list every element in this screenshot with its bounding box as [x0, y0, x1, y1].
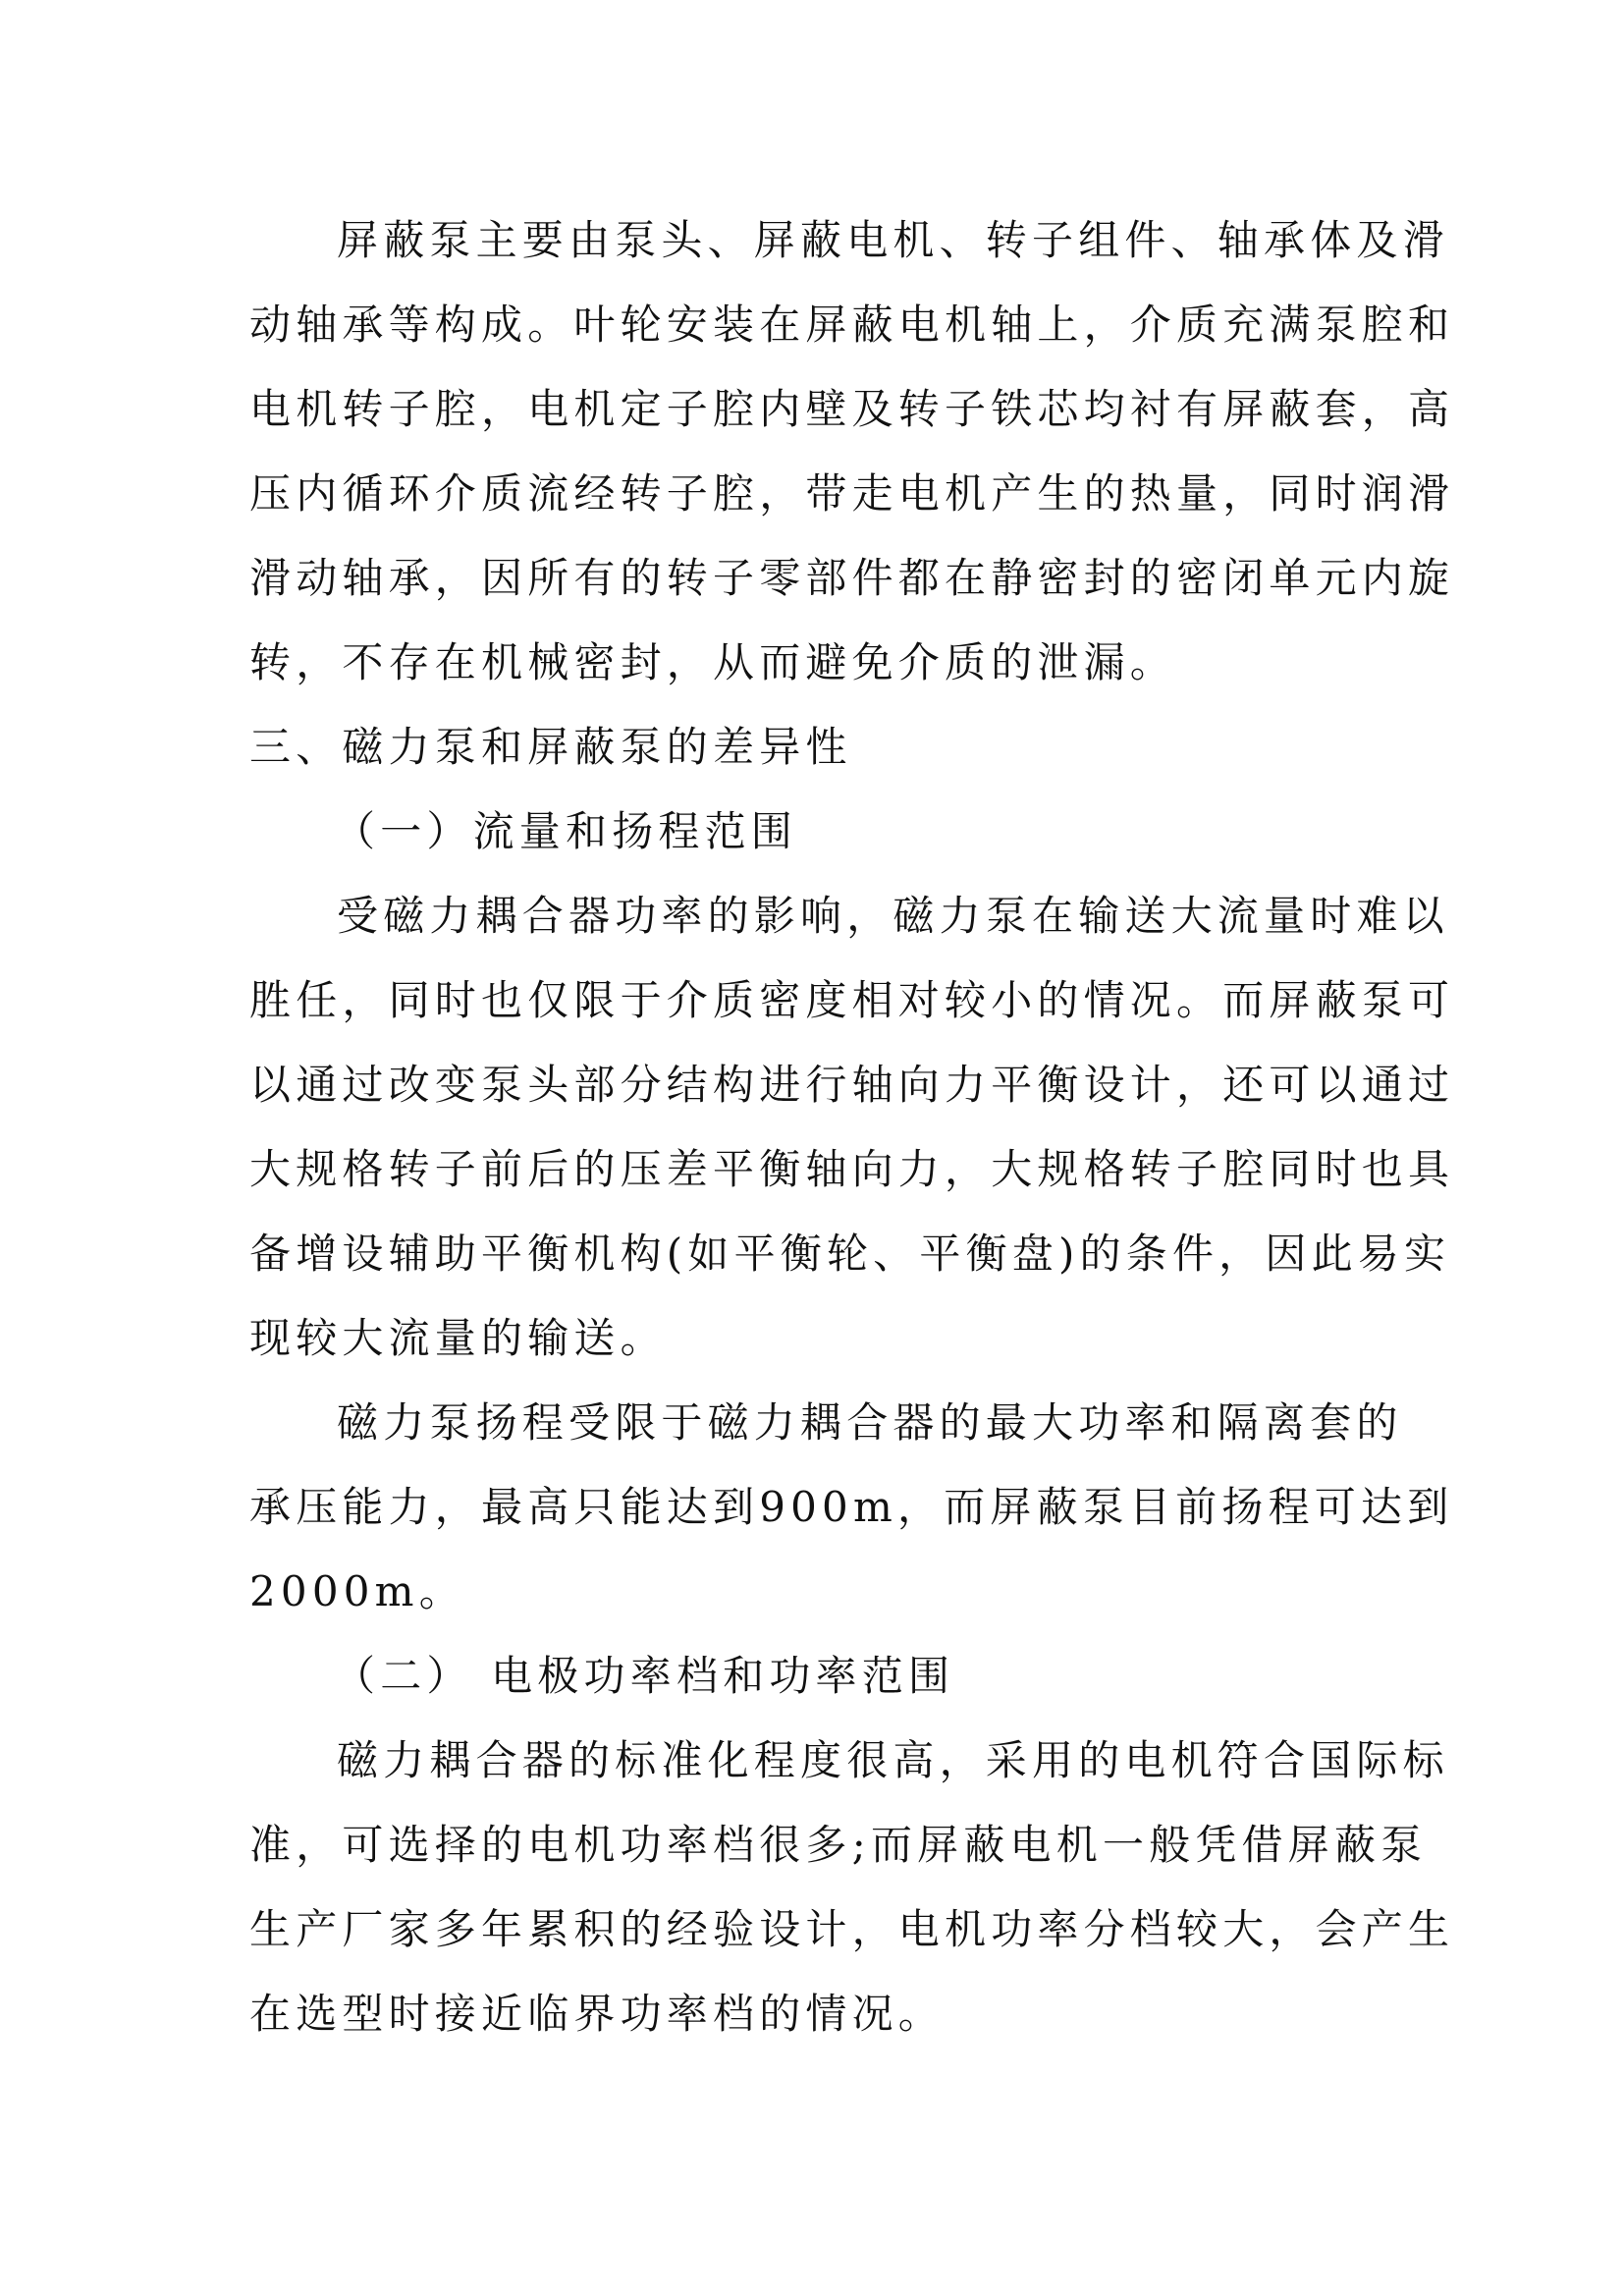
- paragraph-2-line-6: 现较大流量的输送。: [249, 1314, 667, 1363]
- paragraph-4-line-4: 在选型时接近临界功率档的情况。: [249, 1990, 945, 2039]
- subsection-1-heading: （一）流量和扬程范围: [334, 807, 797, 856]
- paragraph-3-line-3: 2000m。: [249, 1567, 465, 1616]
- paragraph-4-line-1: 磁力耦合器的标准化程度很高，采用的电机符合国际标: [337, 1736, 1449, 1785]
- document-page: 屏蔽泵主要由泵头、屏蔽电机、转子组件、轴承体及滑 动轴承等构成。叶轮安装在屏蔽电…: [0, 0, 1623, 2296]
- paragraph-1-line-4: 压内循环介质流经转子腔，带走电机产生的热量，同时润滑: [249, 469, 1454, 519]
- paragraph-3-line-1: 磁力泵扬程受限于磁力耦合器的最大功率和隔离套的: [337, 1398, 1403, 1448]
- paragraph-3-line-2: 承压能力，最高只能达到900m，而屏蔽泵目前扬程可达到: [249, 1483, 1453, 1532]
- section-3-heading: 三、磁力泵和屏蔽泵的差异性: [249, 723, 852, 772]
- paragraph-4-line-2: 准，可选择的电机功率档很多;而屏蔽电机一般凭借屏蔽泵: [249, 1821, 1427, 1870]
- paragraph-2-line-1: 受磁力耦合器功率的影响，磁力泵在输送大流量时难以: [337, 892, 1449, 941]
- paragraph-1-line-2: 动轴承等构成。叶轮安装在屏蔽电机轴上，介质充满泵腔和: [249, 301, 1454, 350]
- paragraph-2-line-3: 以通过改变泵头部分结构进行轴向力平衡设计，还可以通过: [249, 1061, 1454, 1110]
- paragraph-2-line-5: 备增设辅助平衡机构(如平衡轮、平衡盘)的条件，因此易实: [249, 1230, 1450, 1279]
- subsection-2-heading: （二） 电极功率档和功率范围: [334, 1652, 954, 1701]
- paragraph-1-line-6: 转，不存在机械密封，从而避免介质的泄漏。: [249, 638, 1176, 687]
- paragraph-4-line-3: 生产厂家多年累积的经验设计，电机功率分档较大，会产生: [249, 1905, 1454, 1954]
- paragraph-1-line-3: 电机转子腔，电机定子腔内壁及转子铁芯均衬有屏蔽套，高: [249, 385, 1454, 434]
- paragraph-1-line-1: 屏蔽泵主要由泵头、屏蔽电机、转子组件、轴承体及滑: [337, 216, 1449, 265]
- paragraph-1-line-5: 滑动轴承，因所有的转子零部件都在静密封的密闭单元内旋: [249, 554, 1454, 603]
- paragraph-2-line-2: 胜任，同时也仅限于介质密度相对较小的情况。而屏蔽泵可: [249, 976, 1454, 1025]
- paragraph-2-line-4: 大规格转子前后的压差平衡轴向力，大规格转子腔同时也具: [249, 1145, 1454, 1194]
